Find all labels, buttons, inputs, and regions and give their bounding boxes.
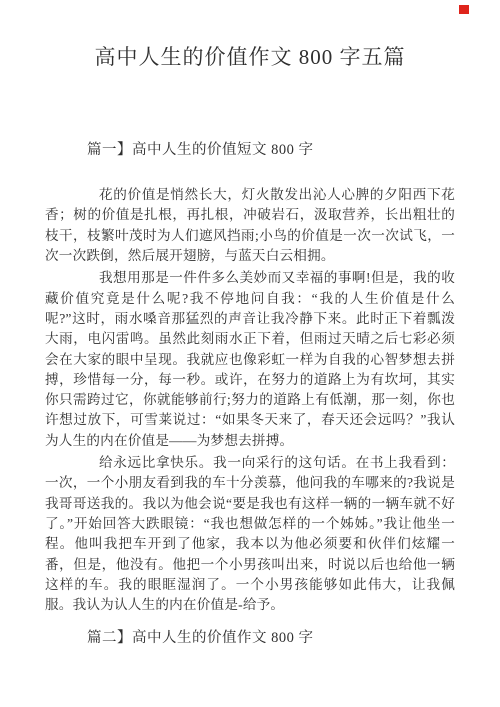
section-1-paragraph-2: 我想用那是一件件多么美妙而又幸福的事啊!但是，我的收藏价值究竟是什么呢?我不停地… [45,268,455,451]
section-1-paragraph-3: 给永远比拿快乐。我一向采行的这句话。在书上我看到：一次，一个小朋友看到我的车十分… [45,453,455,615]
document-title: 高中人生的价值作文 800 字五篇 [0,0,500,70]
section-1-heading: 篇一】高中人生的价值短文 800 字 [45,141,455,159]
section-1-paragraph-1: 花的价值是悄然长大，灯火散发出沁人心脾的夕阳西下花香；树的价值是扎根，再扎根，冲… [45,185,455,266]
section-2-heading: 篇二】高中人生的价值作文 800 字 [45,629,455,647]
red-corner-marker [459,5,469,14]
document-body: 篇一】高中人生的价值短文 800 字 花的价值是悄然长大，灯火散发出沁人心脾的夕… [0,141,500,647]
document-page: 高中人生的价值作文 800 字五篇 篇一】高中人生的价值短文 800 字 花的价… [0,0,500,707]
